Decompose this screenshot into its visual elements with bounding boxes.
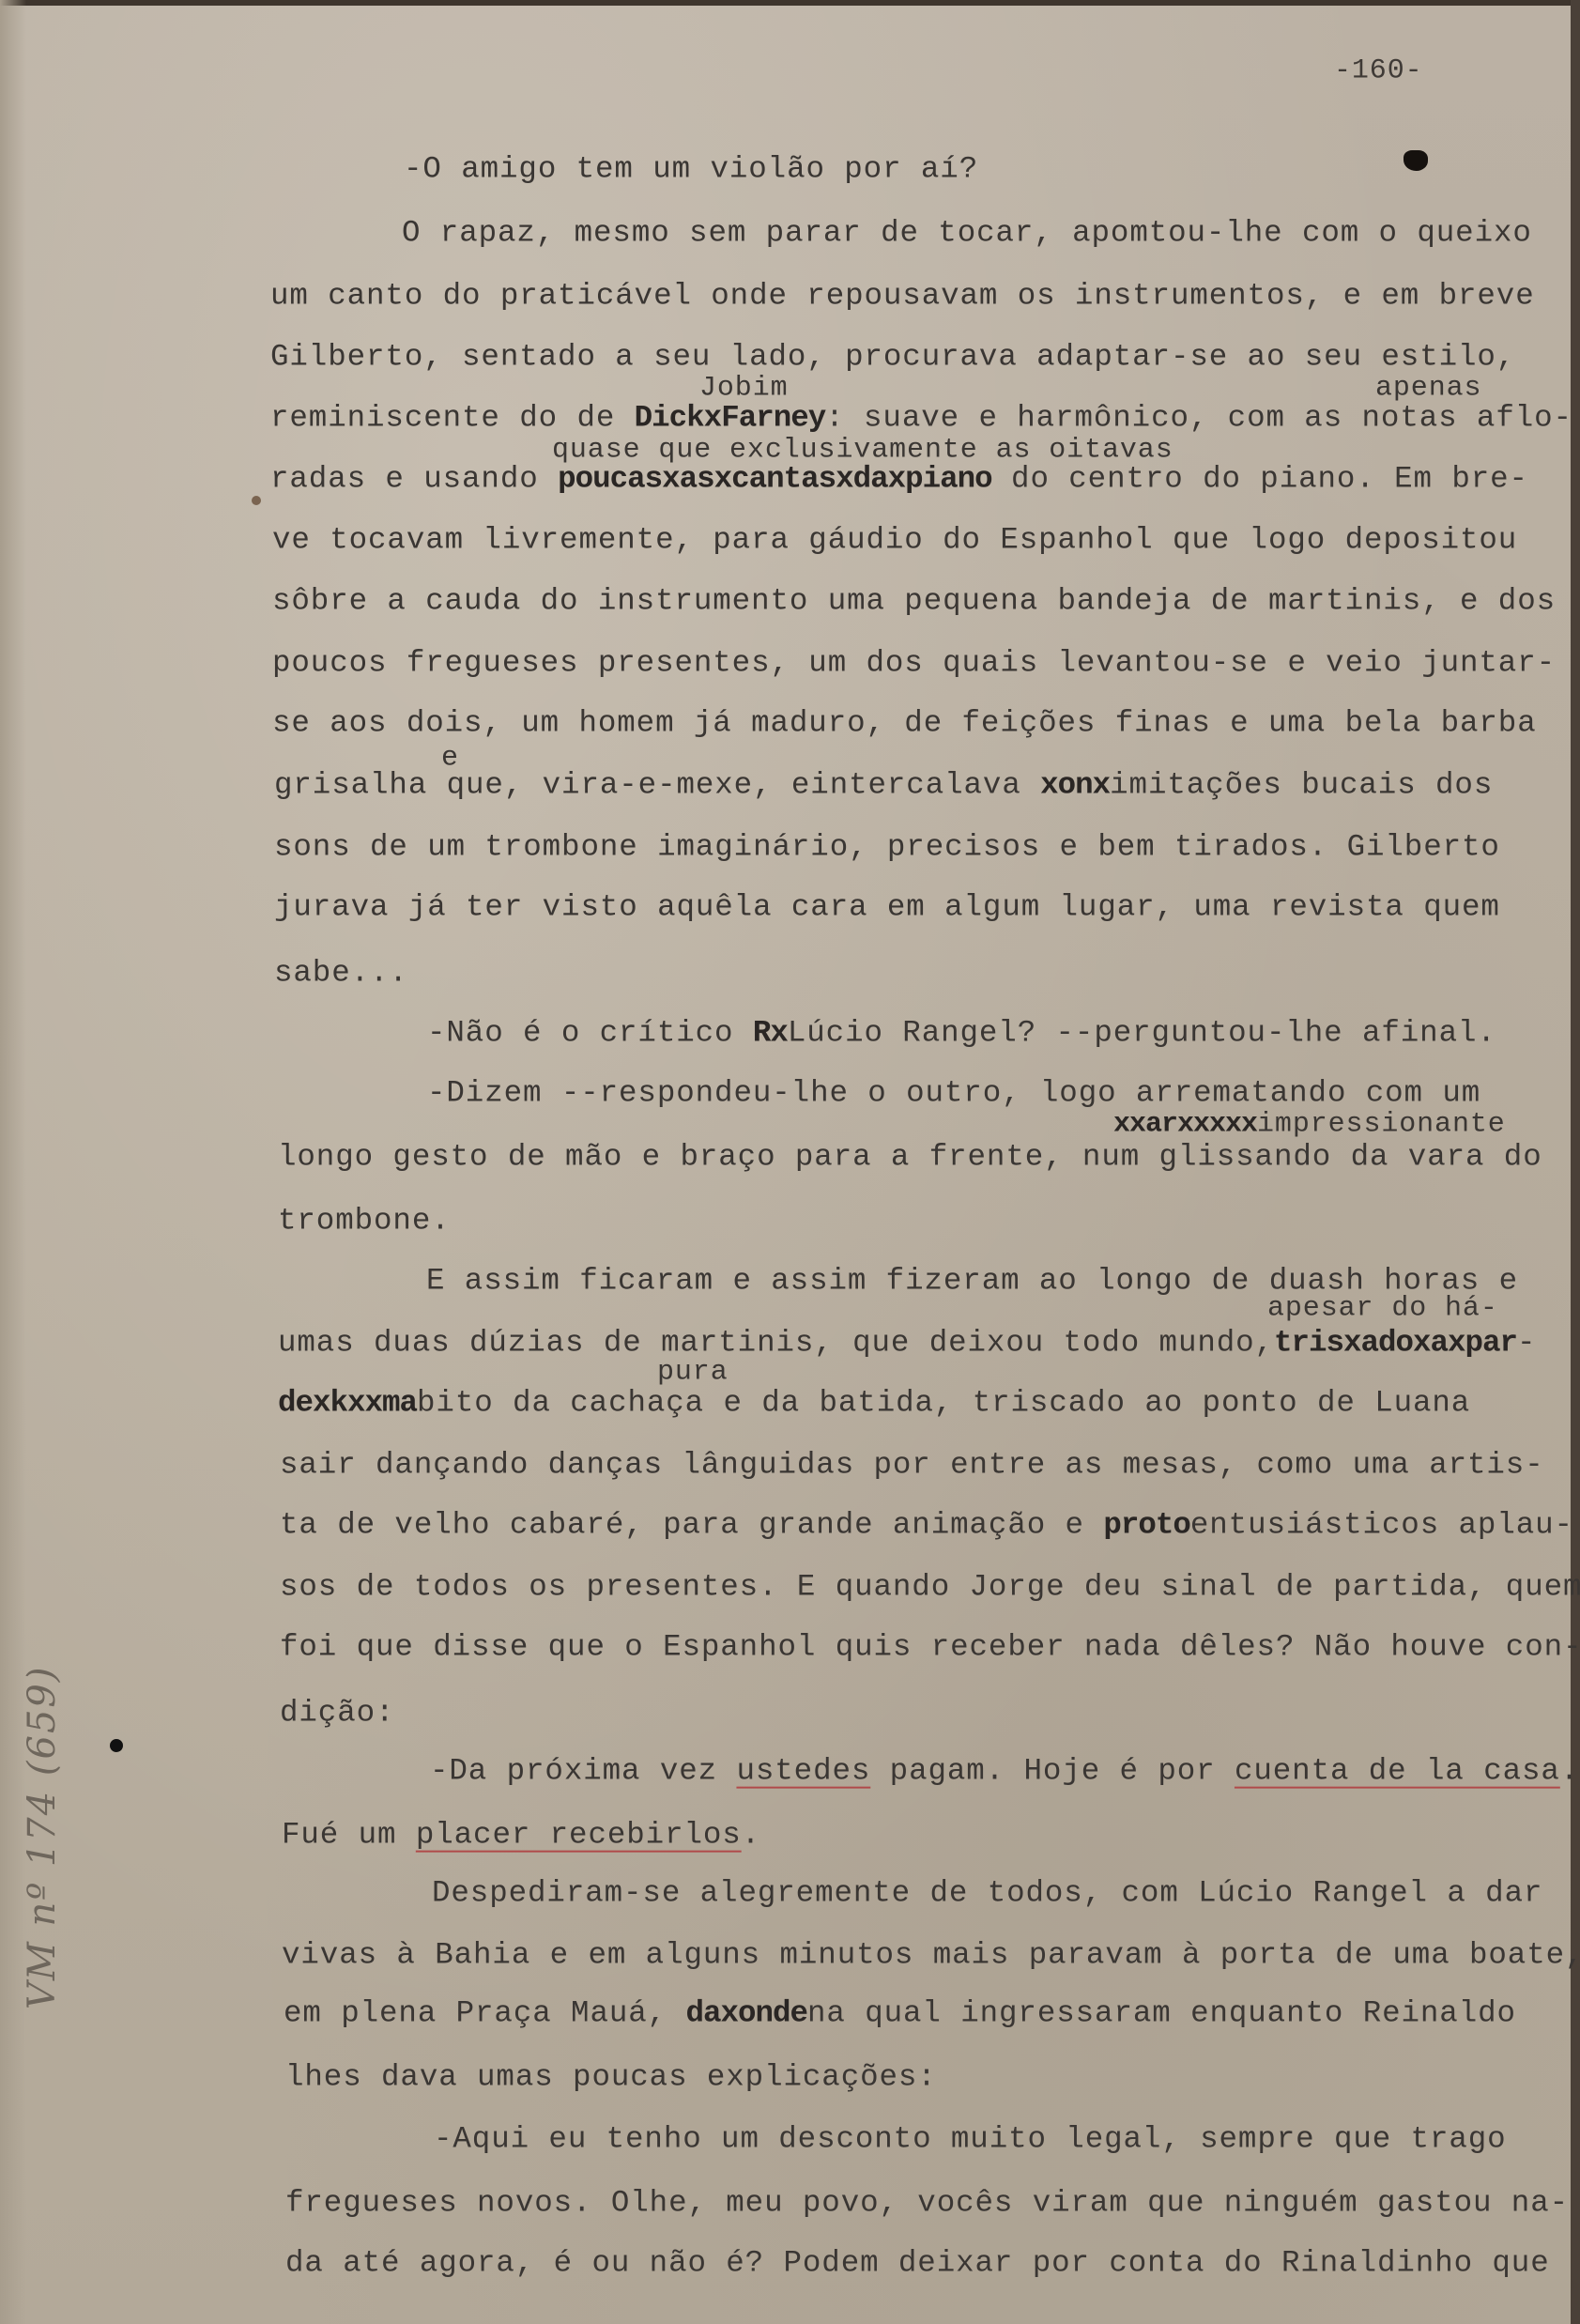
interlinear-insert: pura (657, 1359, 729, 1387)
text-line: longo gesto de mão e braço para a frente… (278, 1143, 1542, 1174)
ink-blot-icon (1404, 150, 1428, 171)
text-line: O rapaz, mesmo sem parar de tocar, apomt… (402, 219, 1532, 250)
struck-text: poucasxasxcantasxdaxpiano (558, 462, 992, 497)
text-segment: na qual ingressaram enquanto Reinaldo (807, 1996, 1516, 2031)
interlinear-insert: Jobim (699, 375, 789, 403)
page-right-edge (1571, 0, 1580, 2324)
ink-dot-icon (110, 1739, 123, 1752)
text-line: trombone. (278, 1207, 451, 1238)
text-line: Despediram-se alegremente de todos, com … (432, 1879, 1542, 1910)
text-segment: -Da próxima vez (430, 1754, 736, 1789)
text-line: -Dizem --respondeu-lhe o outro, logo arr… (427, 1079, 1480, 1110)
text-segment: . (742, 1818, 760, 1853)
text-line: -Aqui eu tenho um desconto muito legal, … (434, 2125, 1507, 2156)
text-line: dição: (280, 1699, 394, 1730)
text-line: umas duas dúzias de martinis, que deixou… (278, 1329, 1536, 1360)
page-top-edge (0, 0, 1580, 6)
text-segment: Lúcio Rangel? --perguntou-lhe afinal. (788, 1016, 1496, 1051)
text-line: fregueses novos. Olhe, meu povo, vocês v… (285, 2189, 1569, 2220)
stain-icon (252, 496, 261, 505)
text-line: poucos fregueses presentes, um dos quais… (272, 649, 1556, 680)
text-line: dexkxxmabito da cachaça e da batida, tri… (278, 1389, 1470, 1420)
text-line: um canto do praticável onde repousavam o… (270, 282, 1535, 313)
interlinear-insert: apenas (1375, 375, 1481, 403)
interlinear-insert: apesar do há- (1267, 1295, 1498, 1323)
text-segment: . (1560, 1754, 1579, 1789)
text-segment: impressionante (1257, 1109, 1506, 1141)
struck-text: Rx (753, 1016, 788, 1051)
text-line: lhes dava umas poucas explicações: (285, 2063, 937, 2094)
text-line: ve tocavam livremente, para gáudio do Es… (272, 526, 1517, 557)
text-line: Gilberto, sentado a seu lado, procurava … (270, 343, 1515, 374)
text-line: se aos dois, um homem já maduro, de feiç… (272, 709, 1537, 740)
struck-text: xonx (1040, 768, 1110, 803)
text-line: vivas à Bahia e em alguns minutos mais p… (282, 1941, 1580, 1972)
text-segment: imitações bucais dos (1110, 768, 1493, 803)
text-line: Fué um placer recebirlos. (282, 1821, 760, 1852)
text-line: -O amigo tem um violão por aí? (404, 155, 978, 186)
text-segment: pagam. Hoje é por (870, 1754, 1235, 1789)
text-segment: -Não é o crítico (427, 1016, 753, 1051)
text-line: sair dançando danças lânguidas por entre… (280, 1451, 1544, 1482)
text-segment: umas duas dúzias de martinis, que deixou… (278, 1326, 1274, 1361)
text-line: jurava já ter visto aquêla cara em algum… (274, 893, 1500, 924)
spanish-underlined-text: placer recebirlos (416, 1818, 742, 1853)
text-segment: grisalha que, vira-e-mexe, eintercalava (274, 768, 1040, 803)
text-segment: bito da cachaça e da batida, triscado ao… (417, 1386, 1470, 1421)
interlinear-insert: xxarxxxxximpressionante (1113, 1111, 1506, 1139)
struck-text: DickxFarney (635, 401, 826, 436)
text-line: sôbre a cauda do instrumento uma pequena… (272, 587, 1556, 618)
text-segment: do centro do piano. Em bre- (992, 462, 1528, 497)
interlinear-insert: quase que exclusivamente as oitavas (552, 437, 1173, 465)
text-segment: reminiscente do de (270, 401, 635, 436)
text-segment: : suave e harmônico, com as notas aflo- (825, 401, 1572, 436)
struck-text: daxonde (685, 1996, 807, 2031)
struck-text: dexkxxma (278, 1386, 417, 1421)
struck-text: trisxadoxaxpar (1274, 1326, 1517, 1361)
text-line: reminiscente do de DickxFarney: suave e … (270, 404, 1572, 435)
text-line: sos de todos os presentes. E quando Jorg… (280, 1573, 1580, 1604)
text-line: grisalha que, vira-e-mexe, eintercalava … (274, 771, 1493, 802)
text-line: ta de velho cabaré, para grande animação… (280, 1511, 1573, 1542)
text-segment: ta de velho cabaré, para grande animação… (280, 1508, 1103, 1543)
text-segment: Fué um (282, 1818, 416, 1853)
text-segment: radas e usando (270, 462, 558, 497)
text-segment: - (1517, 1326, 1536, 1361)
text-line: em plena Praça Mauá, daxondena qual ingr… (284, 1999, 1516, 2030)
text-line: sons de um trombone imaginário, precisos… (274, 833, 1500, 864)
text-line: -Não é o crítico RxLúcio Rangel? --pergu… (427, 1019, 1496, 1050)
typewritten-page: VM nº 174 (659) -160- -O amigo tem um vi… (0, 0, 1580, 2324)
text-line: da até agora, é ou não é? Podem deixar p… (285, 2249, 1550, 2280)
page-number: -160- (1334, 57, 1423, 85)
spanish-underlined-text: ustedes (736, 1754, 870, 1789)
text-line: -Da próxima vez ustedes pagam. Hoje é po… (430, 1757, 1579, 1788)
text-line: radas e usando poucasxasxcantasxdaxpiano… (270, 465, 1528, 496)
spanish-underlined-text: cuenta de la casa (1235, 1754, 1560, 1789)
text-line: sabe... (274, 959, 408, 990)
struck-text: proto (1103, 1508, 1190, 1543)
text-line: foi que disse que o Espanhol quis recebe… (280, 1633, 1580, 1664)
margin-annotation: VM nº 174 (659) (21, 1666, 64, 2009)
struck-text: xxarxxxxx (1113, 1109, 1257, 1141)
text-segment: em plena Praça Mauá, (284, 1996, 685, 2031)
text-segment: entusiásticos aplau- (1190, 1508, 1573, 1543)
